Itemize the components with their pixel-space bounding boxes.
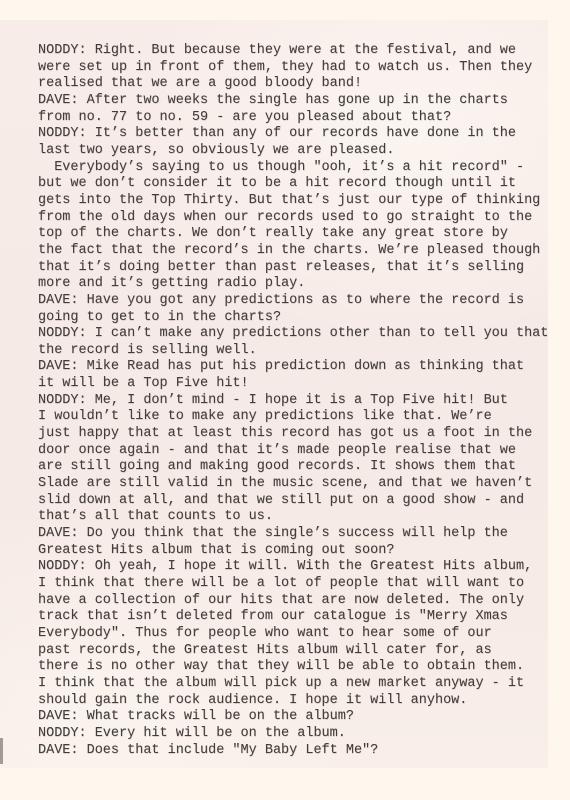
transcript-line: I wouldn’t like to make any predictions … (38, 409, 554, 426)
transcript-line: NODDY: Every hit will be on the album. (38, 726, 554, 743)
transcript-line: top of the charts. We don’t really take … (38, 226, 554, 243)
transcript-line: Slade are still valid in the music scene… (38, 476, 554, 493)
transcript-line: should gain the rock audience. I hope it… (38, 693, 554, 710)
transcript-line: it will be a Top Five hit! (38, 376, 554, 393)
transcript-line: more and it’s getting radio play. (38, 276, 554, 293)
transcript-line: were set up in front of them, they had t… (38, 60, 554, 77)
transcript-line: from the old days when our records used … (38, 210, 554, 227)
transcript-line: from no. 77 to no. 59 - are you pleased … (38, 110, 554, 127)
interview-transcript: NODDY: Right. But because they were at t… (38, 43, 554, 759)
transcript-line: track that isn’t deleted from our catalo… (38, 609, 554, 626)
transcript-line: NODDY: Oh yeah, I hope it will. With the… (38, 559, 554, 576)
document-page: NODDY: Right. But because they were at t… (0, 0, 570, 800)
transcript-line: Everybody’s saying to us though "ooh, it… (38, 160, 554, 177)
transcript-line: DAVE: After two weeks the single has gon… (38, 93, 554, 110)
transcript-line: DAVE: Do you think that the single’s suc… (38, 526, 554, 543)
transcript-line: DAVE: Mike Read has put his prediction d… (38, 359, 554, 376)
transcript-line: door once again - and that it’s made peo… (38, 443, 554, 460)
transcript-line: that it’s doing better than past release… (38, 260, 554, 277)
transcript-line: there is no other way that they will be … (38, 659, 554, 676)
transcript-line: Greatest Hits album that is coming out s… (38, 543, 554, 560)
transcript-line: the fact that the record’s in the charts… (38, 243, 554, 260)
transcript-line: Everybody". Thus for people who want to … (38, 626, 554, 643)
transcript-line: NODDY: Right. But because they were at t… (38, 43, 554, 60)
transcript-line: that’s all that counts to us. (38, 509, 554, 526)
transcript-line: just happy that at least this record has… (38, 426, 554, 443)
transcript-line: past records, the Greatest Hits album wi… (38, 643, 554, 660)
transcript-line: are still going and making good records.… (38, 459, 554, 476)
transcript-line: I think that there will be a lot of peop… (38, 576, 554, 593)
transcript-line: going to get to in the charts? (38, 310, 554, 327)
transcript-line: DAVE: Have you got any predictions as to… (38, 293, 554, 310)
scan-edge-artifact (0, 738, 3, 764)
transcript-line: but we don’t consider it to be a hit rec… (38, 176, 554, 193)
transcript-line: I think that the album will pick up a ne… (38, 676, 554, 693)
transcript-line: DAVE: Does that include "My Baby Left Me… (38, 743, 554, 760)
transcript-line: last two years, so obviously we are plea… (38, 143, 554, 160)
transcript-line: DAVE: What tracks will be on the album? (38, 709, 554, 726)
transcript-line: gets into the Top Thirty. But that’s jus… (38, 193, 554, 210)
transcript-line: the record is selling well. (38, 343, 554, 360)
transcript-line: realised that we are a good bloody band! (38, 76, 554, 93)
transcript-line: NODDY: I can’t make any predictions othe… (38, 326, 554, 343)
transcript-line: slid down at all, and that we still put … (38, 493, 554, 510)
transcript-line: have a collection of our hits that are n… (38, 593, 554, 610)
transcript-line: NODDY: Me, I don’t mind - I hope it is a… (38, 393, 554, 410)
transcript-line: NODDY: It’s better than any of our recor… (38, 126, 554, 143)
